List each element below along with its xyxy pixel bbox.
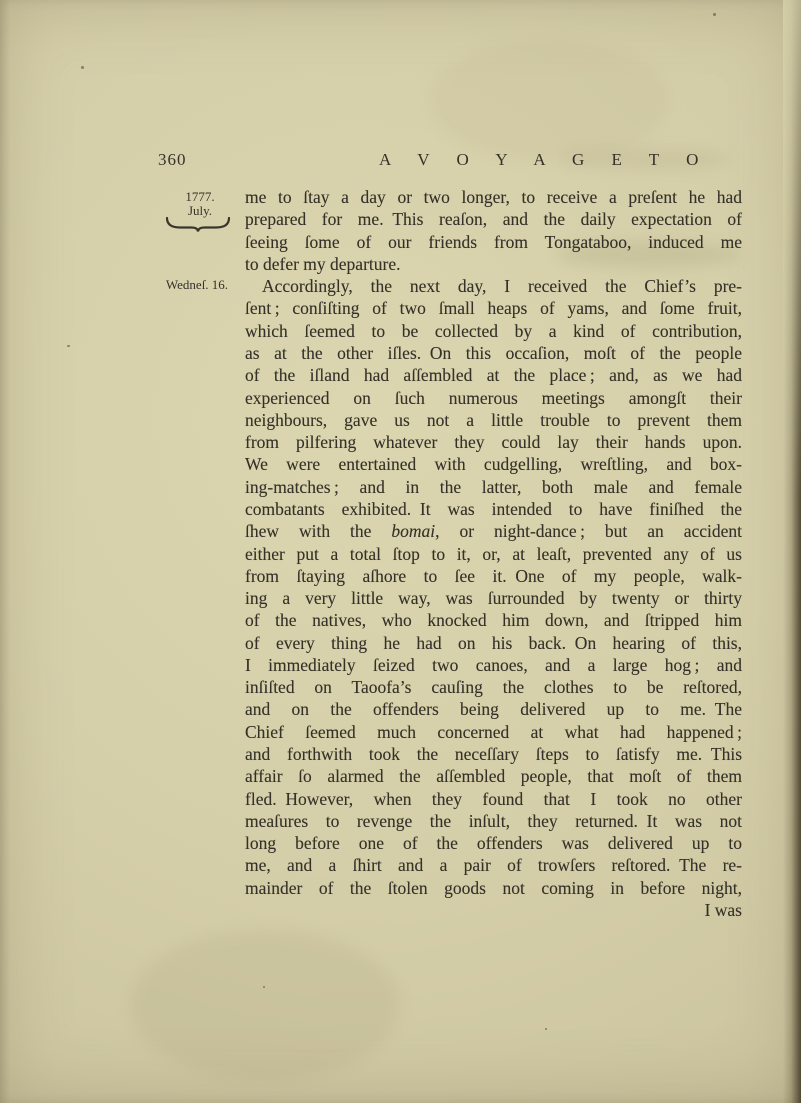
body-line: me to ſtay a day or two longer, to recei… [245,186,742,208]
body-line: We were entertained with cudgelling, wre… [245,453,742,475]
body-line: Chief ſeemed much concerned at what had … [245,721,742,743]
body-line: and on the offenders being delivered up … [245,698,742,720]
body-line: me, and a ſhirt and a pair of trowſers r… [245,854,742,876]
body-text: me to ſtay a day or two longer, to recei… [245,186,742,921]
body-line: to defer my departure. [245,253,742,275]
paper-speck [713,13,716,16]
running-head: A V O Y A G E T O [379,150,704,170]
body-line: ſeeing ſome of our friends from Tongatab… [245,231,742,253]
body-line: mainder of the ſtolen goods not coming i… [245,877,742,899]
body-line: which ſeemed to be collected by a kind o… [245,320,742,342]
body-line: long before one of the offenders was del… [245,832,742,854]
body-line: combatants exhibited. It was intended to… [245,498,742,520]
sidenote-brace-icon [164,216,232,237]
paper-speck [545,1028,547,1030]
body-line: of every thing he had on his back. On he… [245,632,742,654]
body-line: ſhew with the bomai, or night-dance ; bu… [245,520,742,542]
body-line: either put a total ſtop to it, or, at le… [245,543,742,565]
paper-stain [430,40,670,160]
body-line: neighbours, gave us not a little trouble… [245,409,742,431]
book-page: 360 A V O Y A G E T O 1777. July. Wedneſ… [0,0,801,1103]
page-number: 360 [158,150,187,170]
body-line: as at the other iſles. On this occaſion,… [245,342,742,364]
body-line: ſent ; conſiſting of two ſmall heaps of … [245,297,742,319]
paper-speck [67,345,70,347]
sidenote-year: 1777. [165,190,235,203]
body-line: from ſtaying aſhore to ſee it. One of my… [245,565,742,587]
paper-speck [81,66,84,69]
body-line: affair ſo alarmed the aſſembled people, … [245,765,742,787]
page-edge-shadow-left [0,0,10,1103]
body-line: meaſures to revenge the inſult, they ret… [245,810,742,832]
catchword: I was [245,899,742,921]
sidenote-date: Wedneſ. 16. [157,277,237,293]
paper-stain [130,930,400,1080]
body-line: prepared for me. This reaſon, and the da… [245,208,742,230]
body-line: of the iſland had aſſembled at the place… [245,364,742,386]
body-line: and forthwith took the neceſſary ſteps t… [245,743,742,765]
body-line: from pilfering whatever they could lay t… [245,431,742,453]
paper-speck [263,986,265,988]
body-line: ing a very little way, was ſurrounded by… [245,587,742,609]
body-line: ing-matches ; and in the latter, both ma… [245,476,742,498]
body-line: of the natives, who knocked him down, an… [245,609,742,631]
page-edge-shadow-right [783,0,801,1103]
body-line: I immediately ſeized two canoes, and a l… [245,654,742,676]
body-line: fled. However, when they found that I to… [245,788,742,810]
body-line: experienced on ſuch numerous meetings am… [245,387,742,409]
body-line: inſiſted on Taoofa’s cauſing the clothes… [245,676,742,698]
body-line: Accordingly, the next day, I received th… [245,275,742,297]
